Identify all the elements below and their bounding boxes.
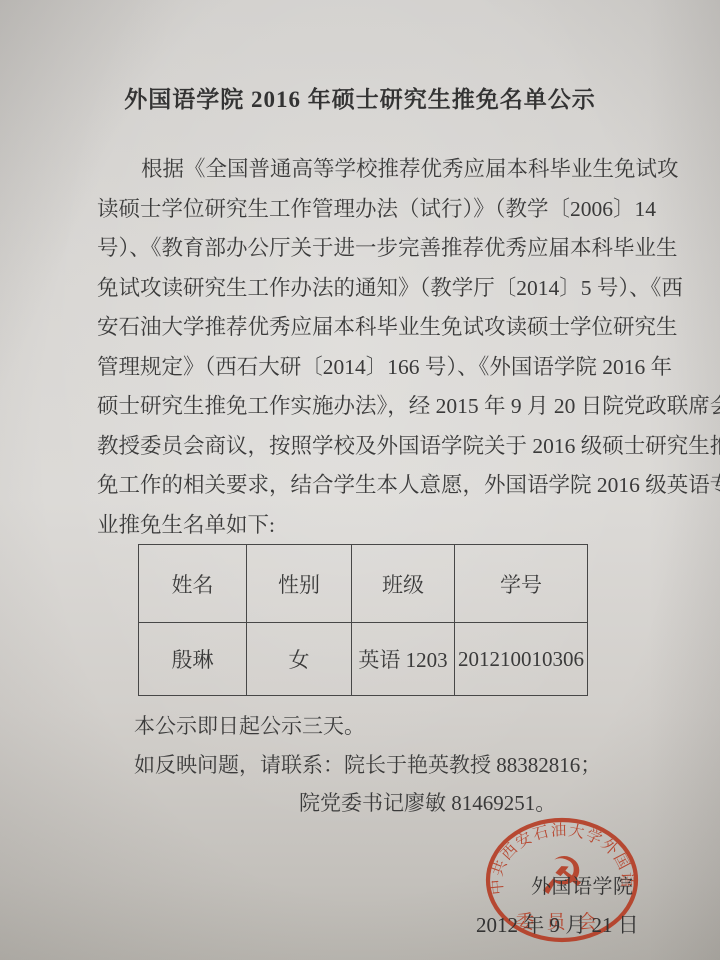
- cell-name: 殷琳: [139, 623, 247, 696]
- paragraph-line: 业推免生名单如下:: [97, 506, 618, 546]
- header-name: 姓名: [139, 545, 247, 623]
- contact-line-secretary: 院党委书记廖敏 81469251。: [299, 787, 556, 817]
- signature-date: 2012 年 9 月 21 日: [476, 909, 639, 939]
- body-paragraph: 根据《全国普通高等学校推荐优秀应届本科毕业生免试攻 读硕士学位研究生工作管理办法…: [97, 150, 618, 545]
- header-gender: 性别: [247, 545, 352, 623]
- table-header-row: 姓名 性别 班级 学号: [139, 545, 588, 623]
- paragraph-line: 硕士研究生推免工作实施办法》，经 2015 年 9 月 20 日院党政联席会、: [97, 387, 618, 427]
- paragraph-line: 教授委员会商议，按照学校及外国语学院关于 2016 级硕士研究生推: [97, 427, 618, 467]
- paragraph-line: 管理规定》（西石大研〔2014〕166 号）、《外国语学院 2016 年: [97, 348, 618, 388]
- photographed-notice-document: 外国语学院 2016 年硕士研究生推免名单公示 根据《全国普通高等学校推荐优秀应…: [0, 0, 720, 960]
- header-student-id: 学号: [455, 545, 588, 623]
- paragraph-line: 免工作的相关要求，结合学生本人意愿，外国语学院 2016 级英语专: [97, 466, 618, 506]
- paragraph-line: 免试攻读研究生工作办法的通知》（教学厅〔2014〕5 号）、《西: [97, 269, 618, 309]
- paragraph-line: 号）、《教育部办公厅关于进一步完善推荐优秀应届本科毕业生: [97, 229, 618, 269]
- cell-class: 英语 1203: [352, 623, 455, 696]
- cell-student-id: 201210010306: [455, 623, 588, 696]
- contact-line-dean: 如反映问题，请联系：院长于艳英教授 88382816；: [134, 749, 601, 779]
- document-title: 外国语学院 2016 年硕士研究生推免名单公示: [0, 81, 720, 114]
- publicity-duration-note: 本公示即日起公示三天。: [134, 710, 365, 740]
- header-class: 班级: [352, 545, 455, 623]
- paragraph-line: 根据《全国普通高等学校推荐优秀应届本科毕业生免试攻: [97, 150, 618, 190]
- paragraph-line: 读硕士学位研究生工作管理办法（试行）》（教学〔2006〕14: [97, 190, 618, 230]
- table-row: 殷琳 女 英语 1203 201210010306: [139, 623, 588, 696]
- cell-gender: 女: [247, 623, 352, 696]
- signature-department: 外国语学院: [531, 870, 634, 899]
- paragraph-line: 安石油大学推荐优秀应届本科毕业生免试攻读硕士学位研究生: [97, 308, 618, 348]
- recommended-students-table: 姓名 性别 班级 学号 殷琳 女 英语 1203 201210010306: [138, 544, 588, 696]
